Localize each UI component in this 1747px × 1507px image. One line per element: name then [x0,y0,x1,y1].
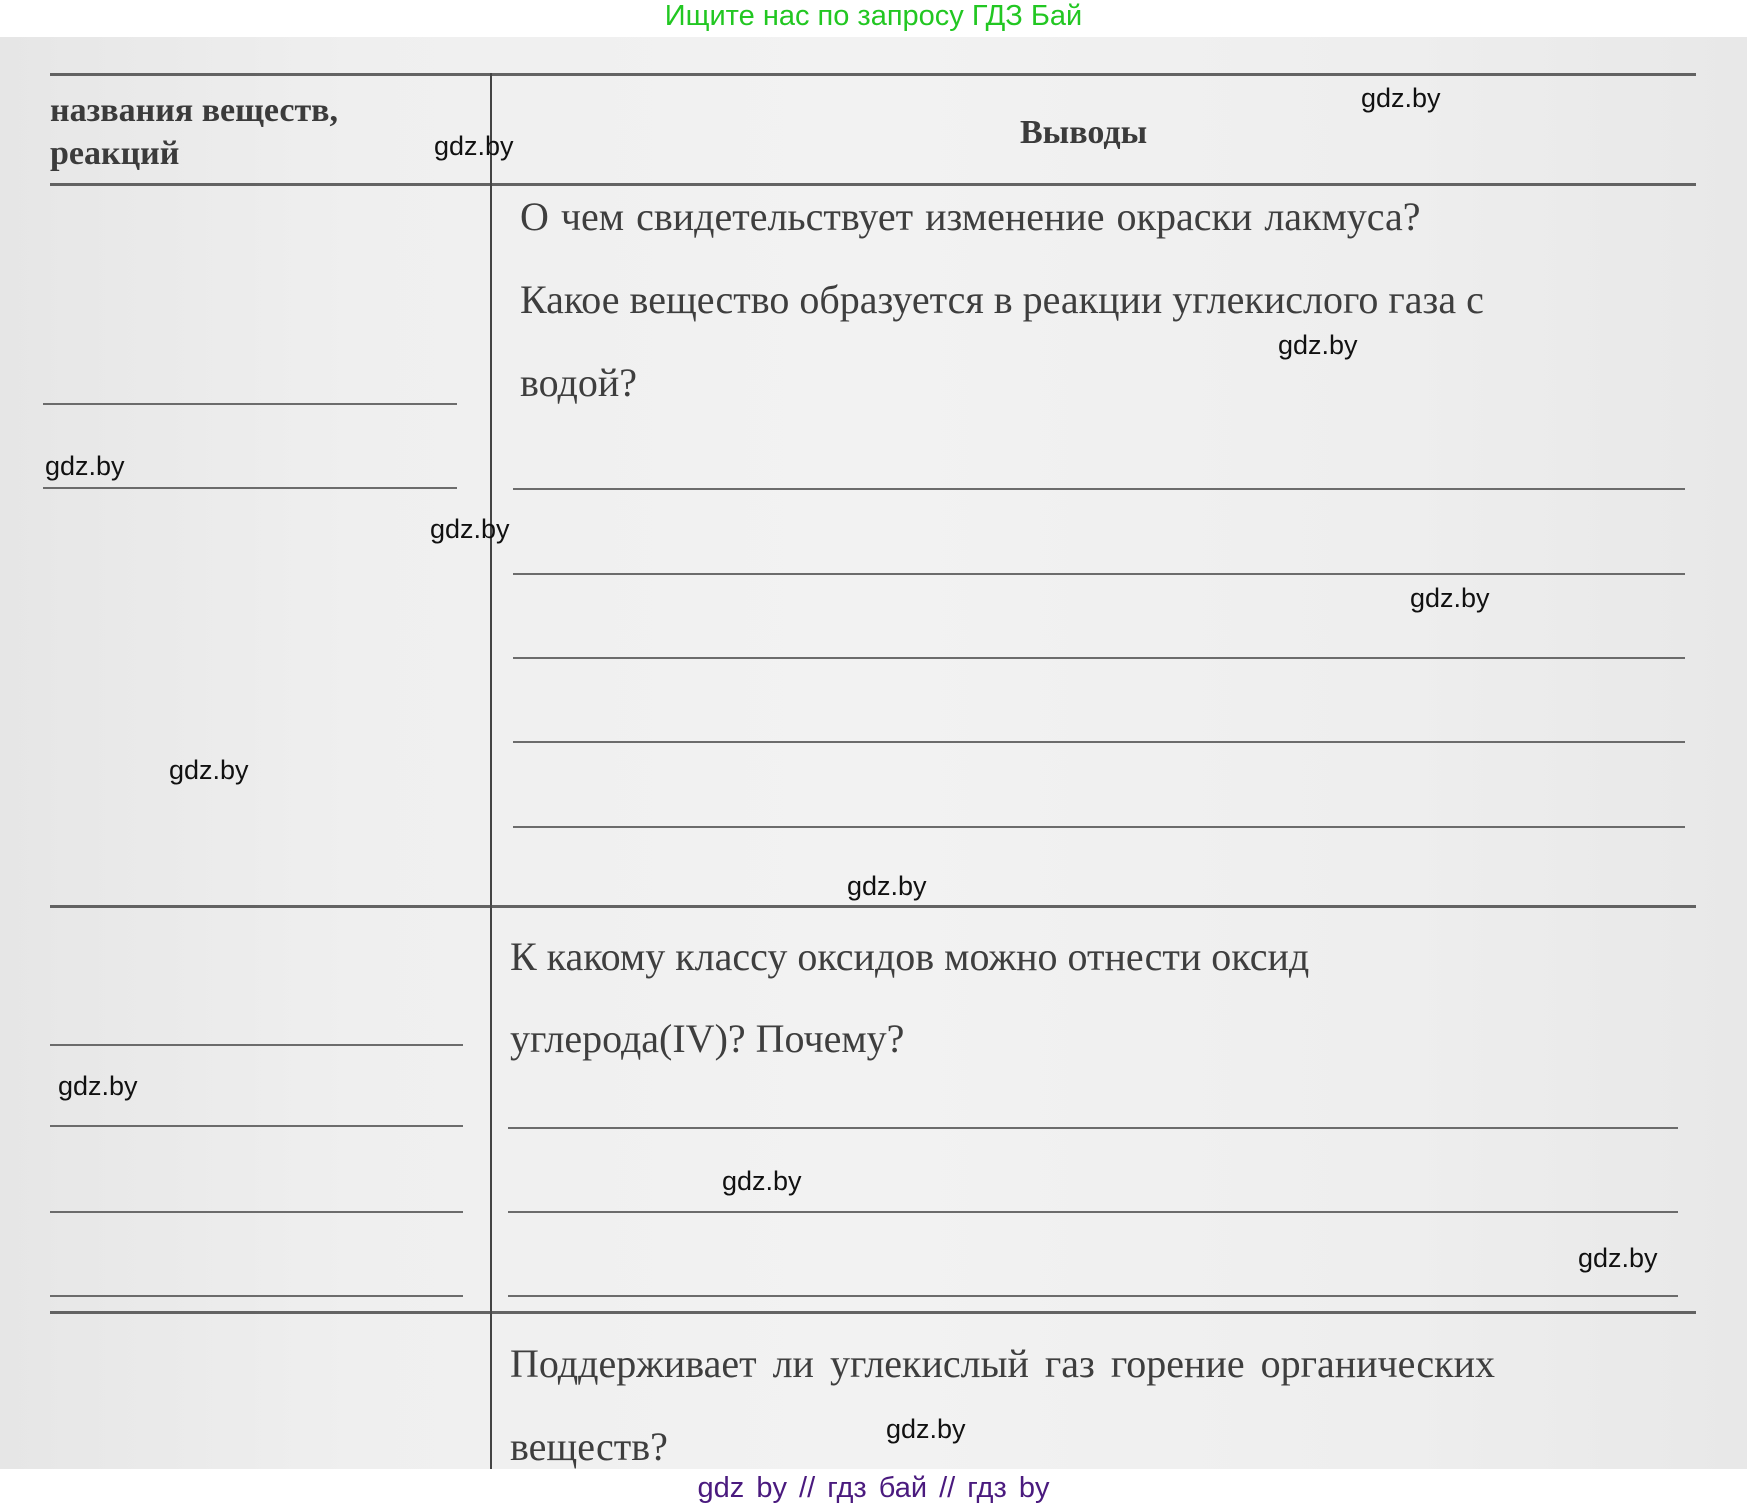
answer-line[interactable] [43,487,457,489]
header-right: Выводы [1020,111,1147,154]
answer-line[interactable] [50,1295,463,1297]
question-2-line-1: К какому классу оксидов можно отнести ок… [510,937,1309,977]
workbook-page: названия веществ, реакций Выводы О чем с… [0,37,1747,1469]
question-1-line-1: О чем свидетельствует изменение окраски … [520,197,1421,237]
watermark: gdz.by [1578,1243,1658,1273]
column-separator [490,73,492,1469]
header-bottom-border [50,183,1696,186]
answer-line[interactable] [513,657,1685,659]
section-divider [50,905,1696,908]
header-left-line2: реакций [50,132,338,175]
answer-line[interactable] [50,1125,463,1127]
header-left: названия веществ, реакций [50,89,338,175]
watermark: gdz.by [886,1414,966,1444]
watermark: gdz.by [847,871,927,901]
answer-line[interactable] [508,1295,1678,1297]
question-1-line-3: водой? [520,363,637,403]
watermark: gdz.by [434,131,514,161]
answer-line[interactable] [508,1127,1678,1129]
watermark: gdz.by [45,451,125,481]
watermark: gdz.by [1361,83,1441,113]
answer-line[interactable] [513,488,1685,490]
answer-line[interactable] [513,826,1685,828]
bottom-banner: gdz by // гдз бай // гдз by [0,1469,1747,1507]
question-3-line-2: веществ? [510,1427,668,1467]
answer-line[interactable] [50,1211,463,1213]
answer-line[interactable] [513,741,1685,743]
watermark: gdz.by [722,1166,802,1196]
watermark: gdz.by [430,514,510,544]
answer-line[interactable] [513,573,1685,575]
watermark: gdz.by [1410,583,1490,613]
answer-line[interactable] [508,1211,1678,1213]
question-3-line-1: Поддерживает ли углекислый газ горение о… [510,1344,1495,1384]
top-banner: Ищите нас по запросу ГДЗ Бай [0,0,1747,37]
table-top-border [50,73,1696,76]
watermark: gdz.by [1278,330,1358,360]
watermark: gdz.by [169,755,249,785]
answer-line[interactable] [43,403,457,405]
answer-line[interactable] [50,1044,463,1046]
section-divider [50,1311,1696,1314]
watermark: gdz.by [58,1071,138,1101]
question-1-line-2: Какое вещество образуется в реакции угле… [520,280,1484,320]
question-2-line-2: углерода(IV)? Почему? [510,1019,904,1059]
header-left-line1: названия веществ, [50,89,338,132]
